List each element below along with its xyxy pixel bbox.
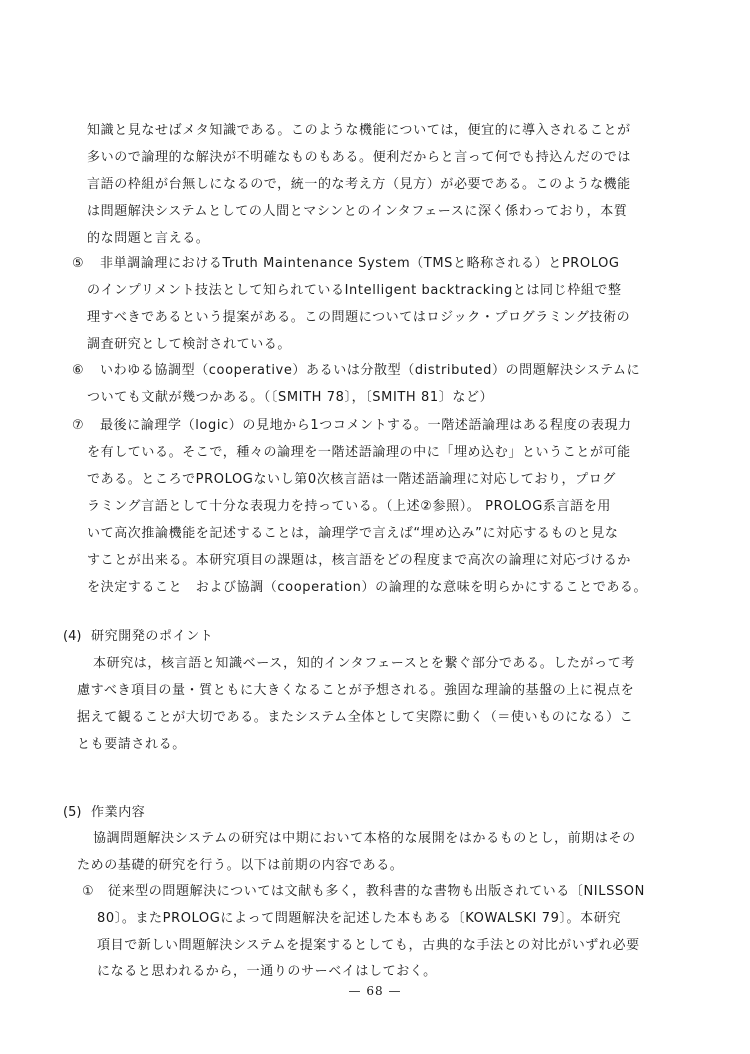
- text-line: である。ところでPROLOGないし第0次核言語は一階述語論理に対応しており，プロ…: [87, 472, 616, 488]
- text-line: 従来型の問題解決については文献も多く，教科書的な書物も出版されている〔NILSS…: [108, 884, 645, 900]
- text-line: とも要請される。: [77, 737, 186, 753]
- section-title: 作業内容: [91, 805, 145, 821]
- text-line: 的な問題と言える。: [87, 231, 209, 247]
- text-line: 最後に論理学（logic）の見地から1つコメントする。一階述語論理はある程度の表…: [100, 418, 632, 434]
- text-line: すことが出来る。本研究項目の課題は，核言語をどの程度まで高次の論理に対応づけるか: [87, 553, 631, 569]
- item-marker: ⑤: [72, 256, 84, 272]
- section-title: 研究開発のポイント: [91, 629, 213, 645]
- text-line: 慮すべき項目の量・質ともに大きくなることが予想される。強固な理論的基盤の上に視点…: [77, 683, 634, 699]
- text-line: いわゆる協調型（cooperative）あるいは分散型（distributed）…: [100, 363, 640, 379]
- text-line: を決定すること および協調（cooperation）の論理的な意味を明らかにする…: [87, 580, 647, 596]
- text-line: 理すべきであるという提案がある。この問題についてはロジック・プログラミング技術の: [87, 310, 630, 326]
- text-line: は問題解決システムとしての人間とマシンとのインタフェースに深く係わっており，本質: [87, 204, 627, 220]
- text-line: 協調問題解決システムの研究は中期において本格的な展開をはかるものとし，前期はその: [93, 831, 636, 847]
- item-marker: ⑦: [72, 418, 84, 434]
- text-line: 非単調論理におけるTruth Maintenance System（TMSと略称…: [100, 256, 620, 272]
- document-page: 知識と見なせばメタ知識である。このような機能については，便宜的に導入されることが…: [0, 0, 750, 1054]
- text-line: いて高次推論機能を記述することは，論理学で言えば“埋め込み”に対応するものと見な: [87, 526, 618, 542]
- text-line: になると思われるから，一通りのサーベイはしておく。: [97, 964, 437, 980]
- item-marker: ⑥: [72, 363, 84, 379]
- text-line: 知識と見なせばメタ知識である。このような機能については，便宜的に導入されることが: [87, 123, 631, 139]
- text-line: ための基礎的研究を行う。以下は前期の内容である。: [77, 858, 403, 874]
- section-number: (4): [63, 629, 81, 645]
- page-number: — 68 —: [0, 984, 750, 998]
- text-line: 言語の枠組が台無しになるので，統一的な考え方（見方）が必要である。このような機能: [87, 177, 631, 193]
- text-line: を有している。そこで，種々の論理を一階述語論理の中に「埋め込む」ということが可能: [87, 445, 631, 461]
- section-number: (5): [63, 805, 81, 821]
- text-line: 本研究は，核言語と知識ベース，知的インタフェースとを繋ぐ部分である。したがって考: [93, 656, 635, 672]
- text-line: ラミング言語として十分な表現力を持っている。（上述②参照）。 PROLOG系言語…: [87, 499, 611, 515]
- item-marker: ①: [82, 884, 94, 900]
- text-line: 調査研究として検討されている。: [87, 337, 291, 353]
- text-line: 据えて観ることが大切である。またシステム全体として実際に動く（＝使いものになる）…: [77, 710, 633, 726]
- text-line: 80〕。またPROLOGによって問題解決を記述した本もある〔KOWALSKI 7…: [97, 911, 621, 927]
- text-line: ついても文献が幾つかある。（〔SMITH 78〕，〔SMITH 81〕など）: [87, 390, 493, 406]
- text-line: 項目で新しい問題解決システムを提案するとしても，古典的な手法との対比がいずれ必要: [97, 938, 640, 954]
- text-line: のインプリメント技法として知られているIntelligent backtrack…: [87, 283, 622, 299]
- text-line: 多いので論理的な解決が不明確なものもある。便利だからと言って何でも持込んだのでは: [87, 150, 631, 166]
